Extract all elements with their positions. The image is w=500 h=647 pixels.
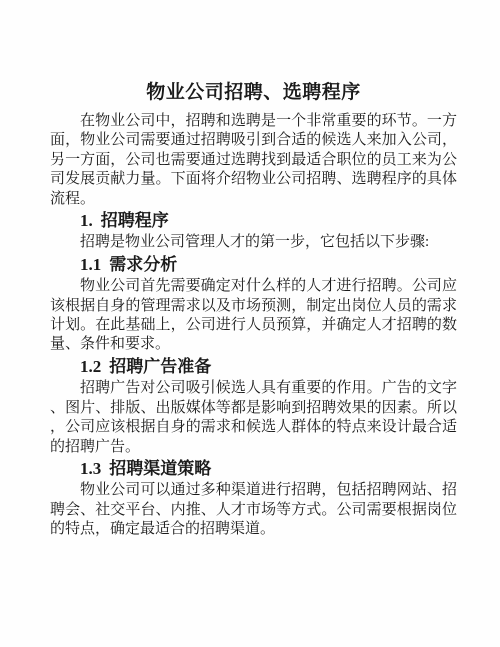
subsection-1-3-number: 1.3 [80,459,101,478]
section-1-heading-text: 招聘程序 [101,211,169,230]
subsection-1-1-heading-text: 需求分析 [109,255,177,274]
subsection-1-2-heading-text: 招聘广告准备 [109,357,211,376]
document-title: 物业公司招聘、选聘程序 [50,80,457,105]
subsection-1-1-number: 1.1 [80,255,101,274]
subsection-1-1-paragraph: 物业公司首先需要确定对什么样的人才进行招聘。公司应该根据自身的管理需求以及市场预… [50,277,457,355]
section-1-number: 1. [80,211,93,230]
subsection-1-2-heading: 1.2招聘广告准备 [80,357,457,376]
subsection-1-2-number: 1.2 [80,357,101,376]
subsection-1-1-heading: 1.1需求分析 [80,255,457,274]
subsection-1-3-paragraph: 物业公司可以通过多种渠道进行招聘，包括招聘网站、招聘会、社交平台、内推、人才市场… [50,481,457,539]
subsection-1-3-heading-text: 招聘渠道策略 [109,459,211,478]
section-1-lead-paragraph: 招聘是物业公司管理人才的第一步，它包括以下步骤: [50,233,457,252]
document-page: 物业公司招聘、选聘程序 在物业公司中，招聘和选聘是一个非常重要的环节。一方面，物… [0,0,500,647]
subsection-1-2-paragraph: 招聘广告对公司吸引候选人具有重要的作用。广告的文字、图片、排版、出版媒体等都是影… [50,379,457,457]
subsection-1-3-heading: 1.3招聘渠道策略 [80,459,457,478]
intro-paragraph: 在物业公司中，招聘和选聘是一个非常重要的环节。一方面，物业公司需要通过招聘吸引到… [50,112,457,209]
section-1-heading: 1.招聘程序 [80,211,457,230]
